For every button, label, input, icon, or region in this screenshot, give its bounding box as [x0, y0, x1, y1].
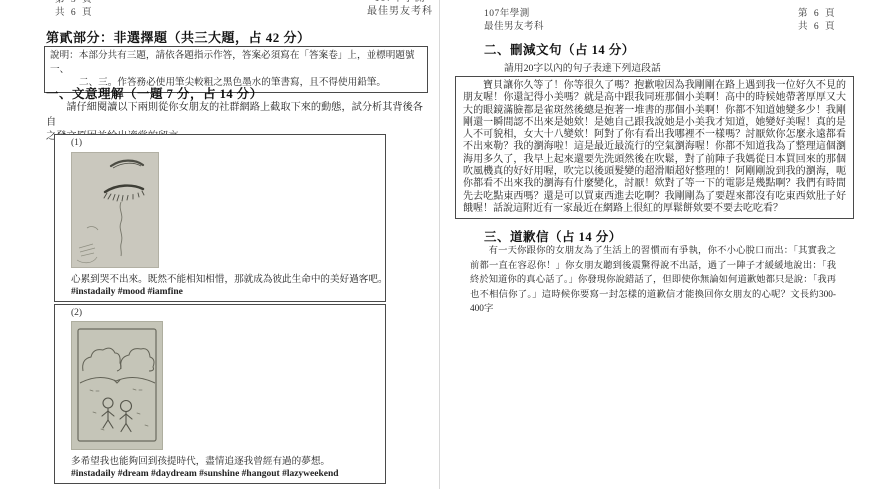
exam-title-block: 107年學測 最佳男友考科 [363, 0, 437, 18]
stick-figures-drawing-photo [71, 321, 163, 450]
social-post-1: (1) 心累到哭不出來。既然不能相知相惜，那就成為彼此生命中的美好過客吧。 #i… [54, 134, 386, 302]
exam-title-block: 107年學測 最佳男友考科 [484, 8, 544, 33]
page-number-block: 第 5 頁 共 6 頁 [55, 0, 94, 19]
section2-passage: 寶貝讓你久等了！你等很久了嗎？抱歉啦因為我剛剛在路上遇到我一位好久不見的朋友喔！… [463, 80, 846, 214]
section3-body: 有一天你跟你的女朋友為了生活上的習慣而有爭執，你不小心脫口而出：「其實我之前都一… [470, 244, 836, 317]
instructions-line1: 說明：本部分共有三題，請依各題指示作答，答案必須寫在「答案卷」上，並標明題號一、 [50, 49, 422, 76]
section1-title: 一、文意理解（一題 7 分，占 14 分） [46, 84, 263, 102]
post2-hashtags: #instadaily #dream #daydream #sunshine #… [71, 469, 375, 479]
exam-subject: 最佳男友考科 [363, 6, 437, 19]
part-title: 第貳部分：非選擇題（共三大題，占 42 分） [46, 27, 311, 46]
post2-caption: 多希望我也能夠回到孩提時代，盡情追逐我曾經有過的夢想。 [71, 453, 375, 467]
exam-page-6: 107年學測 最佳男友考科 第 6 頁 共 6 頁 二、刪減文句（占 14 分）… [440, 0, 870, 489]
section2-intro: 請用20字以內的句子表達下列這段話 [504, 60, 661, 74]
exam-subject: 最佳男友考科 [484, 21, 544, 34]
page-divider [439, 0, 440, 489]
post1-hashtags: #instadaily #mood #iamfine [71, 287, 375, 297]
page-number-block: 第 6 頁 共 6 頁 [798, 8, 837, 33]
post1-label: (1) [71, 138, 82, 148]
crying-eye-drawing-photo [71, 152, 159, 268]
section2-title: 二、刪減文句（占 14 分） [484, 40, 635, 58]
page-number: 第 5 頁 [55, 0, 94, 7]
exam-page-5: 第 5 頁 共 6 頁 107年學測 最佳男友考科 第貳部分：非選擇題（共三大題… [0, 0, 440, 489]
post1-caption: 心累到哭不出來。既然不能相知相惜，那就成為彼此生命中的美好過客吧。 [71, 271, 375, 285]
social-post-2: (2) 多希 [54, 304, 386, 484]
page-number: 第 6 頁 [798, 8, 837, 21]
section1-intro-line1: 請仔細閱讀以下兩則從你女朋友的社群網路上截取下來的動態，試分析其背後各自 [46, 101, 432, 130]
page-total: 共 6 頁 [55, 7, 94, 20]
page-total: 共 6 頁 [798, 21, 837, 34]
post2-label: (2) [71, 308, 82, 318]
exam-year: 107年學測 [484, 8, 544, 21]
section2-passage-box: 寶貝讓你久等了！你等很久了嗎？抱歉啦因為我剛剛在路上遇到我一位好久不見的朋友喔！… [455, 76, 854, 219]
section3-title: 三、道歉信（占 14 分） [484, 227, 622, 245]
